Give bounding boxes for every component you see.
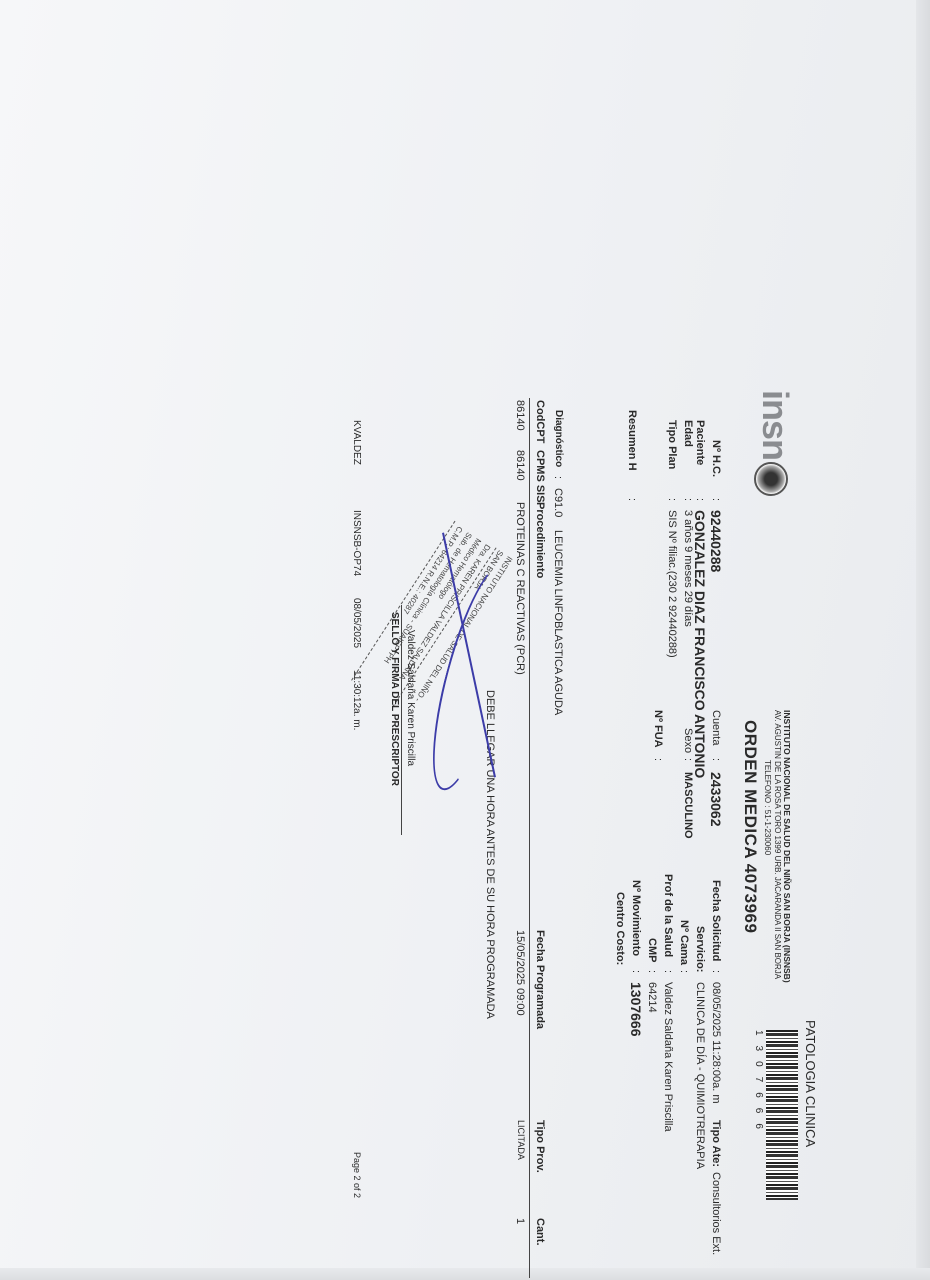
page-number: Page 2 of 2 bbox=[352, 1152, 362, 1198]
barcode-number: 1307666 bbox=[753, 1030, 764, 1139]
edad-value: 3 años 9 meses 29 días bbox=[682, 510, 694, 627]
signature-line bbox=[401, 605, 402, 835]
paper-edge bbox=[916, 0, 930, 1280]
hc-value: 92440288 bbox=[708, 510, 724, 572]
tipo-ate-label: Tipo Ate: bbox=[710, 1120, 722, 1167]
table-header: CPMS SIS bbox=[534, 450, 546, 503]
institution-logo: insn bbox=[754, 390, 796, 460]
prof-label: Prof de la Salud bbox=[662, 874, 674, 957]
table-header: CodCPT bbox=[534, 400, 546, 443]
table-cell: 1 bbox=[514, 1218, 526, 1224]
table-header: Procedimiento bbox=[534, 502, 546, 578]
table-cell: LICITADA bbox=[516, 1120, 526, 1160]
logo-emblem-icon bbox=[754, 462, 788, 496]
cuenta-value: 2433062 bbox=[708, 772, 724, 827]
table-cell: 15/05/2025 09:00 bbox=[514, 930, 526, 1016]
footer-print-date: 08/05/2025 bbox=[351, 598, 362, 648]
plan-value: SIS Nº filiac.(230 2 92440288) bbox=[666, 510, 678, 658]
tipo-ate-value: Consultorios Ext. bbox=[710, 1172, 722, 1255]
movimiento-value: 1307666 bbox=[628, 982, 644, 1037]
sexo-label: Sexo bbox=[682, 728, 694, 753]
hc-label: Nº H.C. bbox=[710, 440, 722, 477]
footer-user: KVALDEZ bbox=[351, 420, 362, 465]
diagnosis-label: Diagnóstico bbox=[553, 410, 564, 467]
edad-label: Edad bbox=[682, 420, 694, 447]
barcode bbox=[766, 1030, 798, 1200]
cmp-value: 64214 bbox=[646, 982, 658, 1013]
fecha-solicitud-label: Fecha Solicitud bbox=[710, 880, 722, 961]
signature-caption: SELLO Y FIRMA DEL PRESCRIPTOR bbox=[389, 612, 400, 786]
cuenta-label: Cuenta bbox=[710, 710, 722, 745]
institution-address: AV. AGUSTIN DE LA ROSA TORO 1399 URB. JA… bbox=[773, 710, 782, 979]
centro-costo-label: Centro Costo: bbox=[614, 892, 626, 965]
table-header: Fecha Programada bbox=[534, 930, 546, 1029]
diagnosis-text: LEUCEMIA LINFOBLASTICA AGUDA bbox=[552, 530, 564, 715]
servicio-label: Servicio: bbox=[694, 926, 706, 972]
resumen-label: Resumen H bbox=[626, 410, 638, 471]
institution-name: INSTITUTO NACIONAL DE SALUD DEL NIÑO SAN… bbox=[782, 710, 792, 983]
table-header: Cant. bbox=[534, 1218, 546, 1246]
servicio-value: CLINICA DE DÍA - QUIMIOTRERAPIA bbox=[694, 982, 706, 1169]
movimiento-label: Nº Movimiento bbox=[630, 880, 642, 956]
prof-value: Valdez Saldaña Karen Priscilla bbox=[662, 982, 674, 1132]
footer-form-code: INSNSB-OP74 bbox=[351, 510, 362, 576]
prescriber-name: Valdez Saldaña Karen Priscilla bbox=[405, 630, 416, 766]
medical-order-form: insn INSTITUTO NACIONAL DE SALUD DEL NIÑ… bbox=[160, 380, 800, 1280]
paciente-label: Paciente bbox=[694, 420, 706, 465]
fua-label: Nº FUA bbox=[652, 710, 664, 748]
cmp-label: CMP bbox=[646, 938, 658, 962]
fecha-solicitud-value: 08/05/2025 11:28:00a. m bbox=[710, 982, 722, 1104]
table-cell: 86140 bbox=[514, 450, 526, 481]
table-cell: PROTEINAS C REACTIVAS (PCR) bbox=[514, 502, 526, 675]
diagnosis-code: C91.0 bbox=[552, 488, 564, 517]
sexo-value: MASCULINO bbox=[682, 772, 694, 839]
order-title: ORDEN MEDICA 4073969 bbox=[740, 720, 760, 933]
cama-label: Nº Cama bbox=[678, 920, 690, 965]
table-header: Tipo Prov. bbox=[534, 1120, 546, 1173]
department-name: PATOLOGIA CLINICA bbox=[803, 1020, 818, 1147]
footer-print-time: 11:30:12a. m. bbox=[351, 670, 362, 730]
institution-phone: TELEFONO : 51-1-230060 bbox=[763, 760, 772, 855]
plan-label: Tipo Plan bbox=[666, 420, 678, 469]
table-rule bbox=[529, 398, 530, 1278]
paciente-value: GONZALEZ DIAZ FRANCISCO ANTONIO bbox=[692, 510, 708, 778]
table-cell: 86140 bbox=[514, 400, 526, 431]
